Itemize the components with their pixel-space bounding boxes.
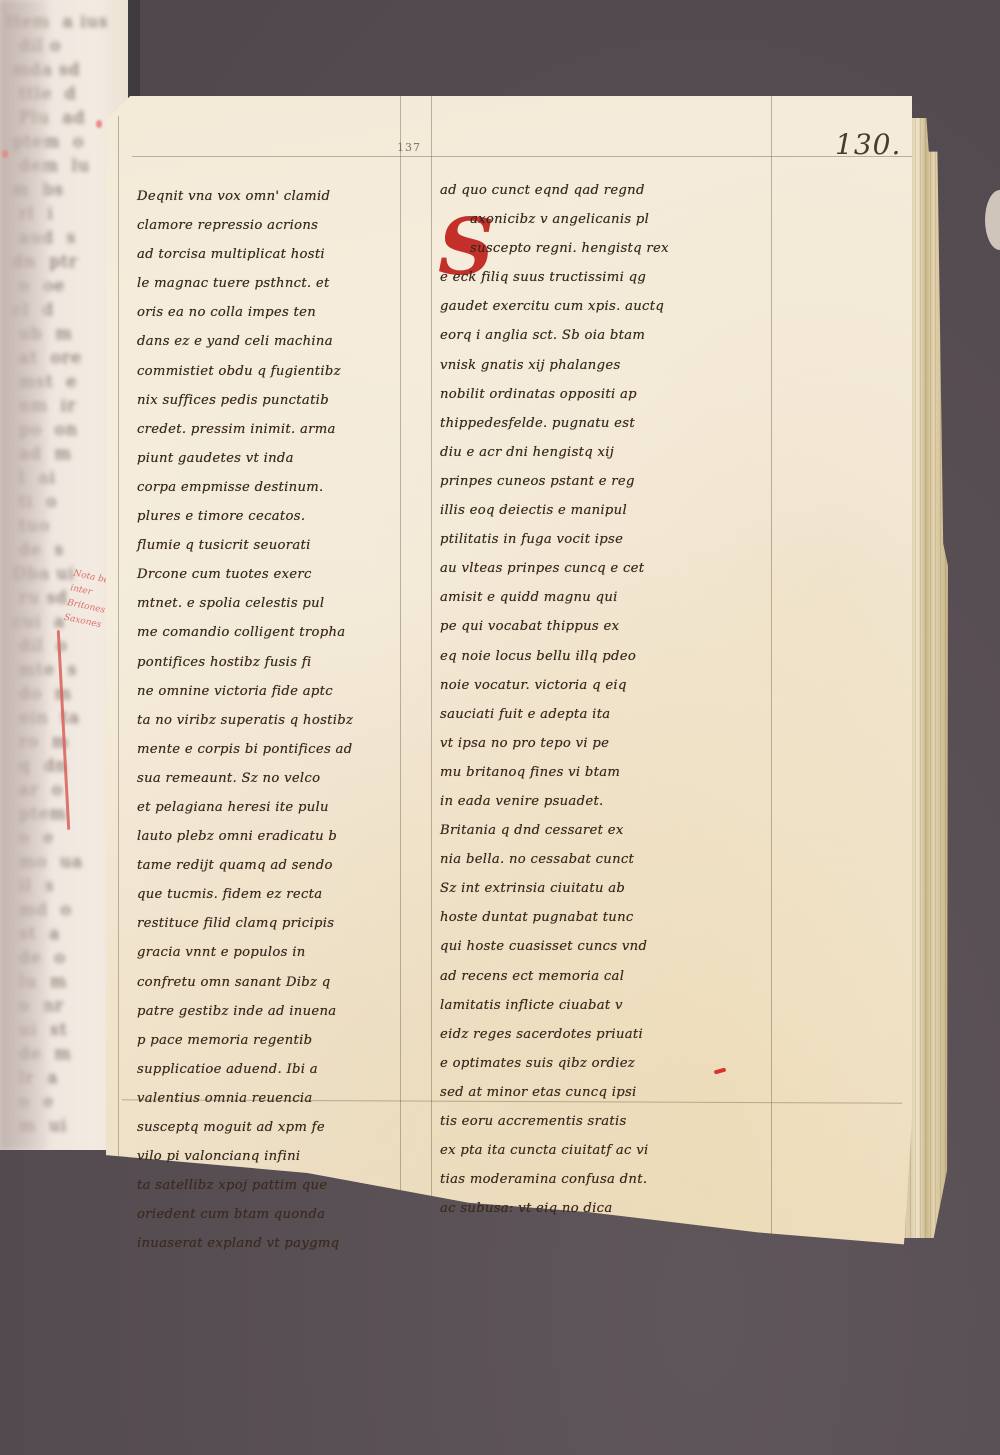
text-line: sauciati fuit e adepta ita (440, 700, 765, 729)
text-line: nix suffices pedis punctatib (137, 386, 407, 415)
text-line: pe qui vocabat thippus ex (440, 612, 765, 641)
text-line: le magnac tuere psthnct. et (137, 269, 407, 298)
text-line: vilo pi valoncianq infini (137, 1142, 407, 1171)
text-line: restituce filid clamq pricipis (137, 909, 407, 938)
text-line: eq noie locus bellu illq pdeo (440, 642, 765, 671)
text-line: pontifices hostibz fusis fi (137, 648, 407, 677)
text-line: diu e acr dni hengistq xij (440, 438, 765, 467)
text-line: plures e timore cecatos. (137, 502, 407, 531)
text-line: valentius omnia reuencia (137, 1084, 407, 1113)
text-line: patre gestibz inde ad inuena (137, 997, 407, 1026)
text-line: mu britanoq fines vi btam (440, 758, 765, 787)
text-line: Drcone cum tuotes exerc (137, 560, 407, 589)
text-line: noie vocatur. victoria q eiq (440, 671, 765, 700)
text-line: ptilitatis in fuga vocit ipse (440, 525, 765, 554)
text-column-right: ad quo cunct eqnd qad regnd axonicibz v … (440, 176, 765, 1223)
text-line: qui hoste cuasisset cuncs vnd (440, 932, 765, 961)
text-column-left: Deqnit vna vox omn' clamid clamore repre… (137, 182, 407, 1258)
text-line: vt ipsa no pro tepo vi pe (440, 729, 765, 758)
text-line: gracia vnnt e populos in (137, 938, 407, 967)
text-line: sua remeaunt. Sz no velco (137, 764, 407, 793)
ruling-line-top (132, 156, 912, 157)
text-line: Deqnit vna vox omn' clamid (137, 182, 407, 211)
text-line: lamitatis inflicte ciuabat v (440, 991, 765, 1020)
text-line: amisit e quidd magnu qui (440, 583, 765, 612)
text-line: tame redijt quamq ad sendo (137, 851, 407, 880)
text-line: ne omnine victoria fide aptc (137, 677, 407, 706)
folio-number: 130. (835, 128, 901, 161)
text-line: tis eoru accrementis sratis (440, 1107, 765, 1136)
text-line: inuaserat expland vt paygmq (137, 1229, 407, 1258)
rubric-dot (96, 120, 102, 128)
text-line: eorq i anglia sct. Sb oia btam (440, 321, 765, 350)
text-line: suscepto regni. hengistq rex (440, 234, 765, 263)
text-line: commistiet obdu q fugientibz (137, 357, 407, 386)
text-line: lauto plebz omni eradicatu b (137, 822, 407, 851)
text-line: Britania q dnd cessaret ex (440, 816, 765, 845)
text-line: p pace memoria regentib (137, 1026, 407, 1055)
text-line: hoste duntat pugnabat tunc (440, 903, 765, 932)
text-line: supplicatioe aduend. Ibi a (137, 1055, 407, 1084)
text-line: et pelagiana heresi ite pulu (137, 793, 407, 822)
text-line: dans ez e yand celi machina (137, 327, 407, 356)
text-line: que tucmis. fidem ez recta (137, 880, 407, 909)
text-line: gaudet exercitu cum xpis. auctq (440, 292, 765, 321)
text-line: ad recens ect memoria cal (440, 962, 765, 991)
text-line: confretu omn sanant Dibz q (137, 968, 407, 997)
text-line: oris ea no colla impes ten (137, 298, 407, 327)
ruling-line-col2-right (771, 96, 772, 1281)
text-line: ac subusa: vt eiq no dica (440, 1194, 765, 1223)
ruling-line-left-margin (118, 116, 119, 1156)
text-line: nobilit ordinatas oppositi ap (440, 380, 765, 409)
text-line: in eada venire psuadet. (440, 787, 765, 816)
text-line: clamore repressio acrions (137, 211, 407, 240)
text-line: ex pta ita cuncta ciuitatf ac vi (440, 1136, 765, 1165)
text-line: prinpes cuneos pstant e reg (440, 467, 765, 496)
text-line: eidz reges sacerdotes priuati (440, 1020, 765, 1049)
text-line: sed at minor etas cuncq ipsi (440, 1078, 765, 1107)
text-line: axonicibz v angelicanis pl (440, 205, 765, 234)
text-line: oriedent cum btam quonda (137, 1200, 407, 1229)
text-line: mtnet. e spolia celestis pul (137, 589, 407, 618)
text-line: tias moderamina confusa dnt. (440, 1165, 765, 1194)
text-line: Sz int extrinsia ciuitatu ab (440, 874, 765, 903)
text-line: au vlteas prinpes cuncq e cet (440, 554, 765, 583)
text-line: nia bella. no cessabat cunct (440, 845, 765, 874)
text-line: mente e corpis bi pontifices ad (137, 735, 407, 764)
ruling-line-col2-left (431, 96, 432, 1266)
text-line: ad torcisa multiplicat hosti (137, 240, 407, 269)
text-line: thippedesfelde. pugnatu est (440, 409, 765, 438)
rubric-dot (2, 150, 8, 158)
binding-spine (128, 0, 140, 105)
text-line: corpa empmisse destinum. (137, 473, 407, 502)
text-line: ta satellibz xpoj pattim que (137, 1171, 407, 1200)
text-line: ta no viribz superatis q hostibz (137, 706, 407, 735)
text-line: flumie q tusicrit seuorati (137, 531, 407, 560)
old-folio-number: 137 (397, 141, 421, 154)
text-line: piunt gaudetes vt inda (137, 444, 407, 473)
text-line: credet. pressim inimit. arma (137, 415, 407, 444)
text-line: ad quo cunct eqnd qad regnd (440, 176, 765, 205)
text-line: e eck filiq suus tructissimi qg (440, 263, 765, 292)
text-line: me comandio colligent tropha (137, 618, 407, 647)
text-line: vnisk gnatis xij phalanges (440, 351, 765, 380)
text-line: illis eoq deiectis e manipul (440, 496, 765, 525)
text-line: susceptq moguit ad xpm fe (137, 1113, 407, 1142)
leaf-curl-shadow (0, 0, 48, 1150)
